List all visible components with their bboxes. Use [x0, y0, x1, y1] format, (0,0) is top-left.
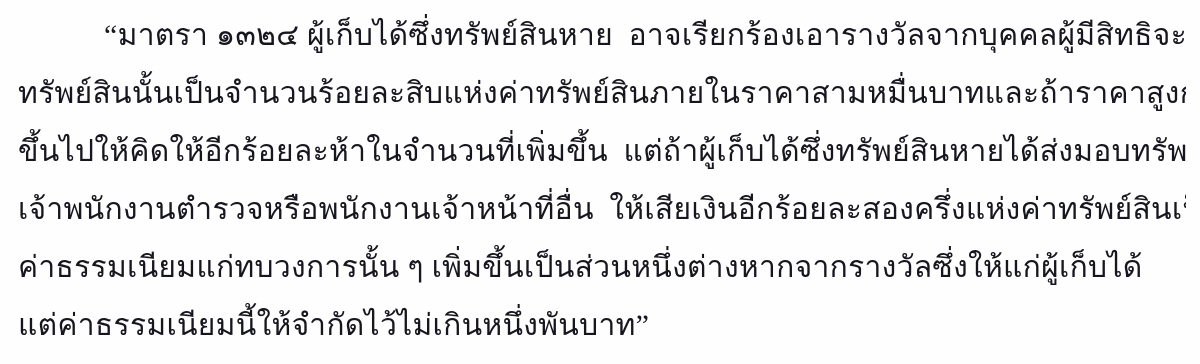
legal-paragraph-section-1324: “มาตรา ๑๓๒๔ ผู้เก็บได้ซึ่งทรัพย์สินหาย อ…: [0, 0, 1200, 355]
text-line-5: ค่าธรรมเนียมแก่ทบวงการนั้น ๆ เพิ่มขึ้นเป…: [18, 239, 1186, 297]
text-line-2: ทรัพย์สินนั้นเป็นจำนวนร้อยละสิบแห่งค่าทร…: [18, 65, 1186, 123]
text-line-4: เจ้าพนักงานตำรวจหรือพนักงานเจ้าหน้าที่อื…: [18, 181, 1186, 239]
text-line-3: ขึ้นไปให้คิดให้อีกร้อยละห้าในจำนวนที่เพิ…: [18, 123, 1186, 181]
document-page: “มาตรา ๑๓๒๔ ผู้เก็บได้ซึ่งทรัพย์สินหาย อ…: [0, 0, 1200, 364]
text-line-6: แต่ค่าธรรมเนียมนี้ให้จำกัดไว้ไม่เกินหนึ่…: [18, 297, 1186, 355]
text-line-1: “มาตรา ๑๓๒๔ ผู้เก็บได้ซึ่งทรัพย์สินหาย อ…: [18, 7, 1186, 65]
